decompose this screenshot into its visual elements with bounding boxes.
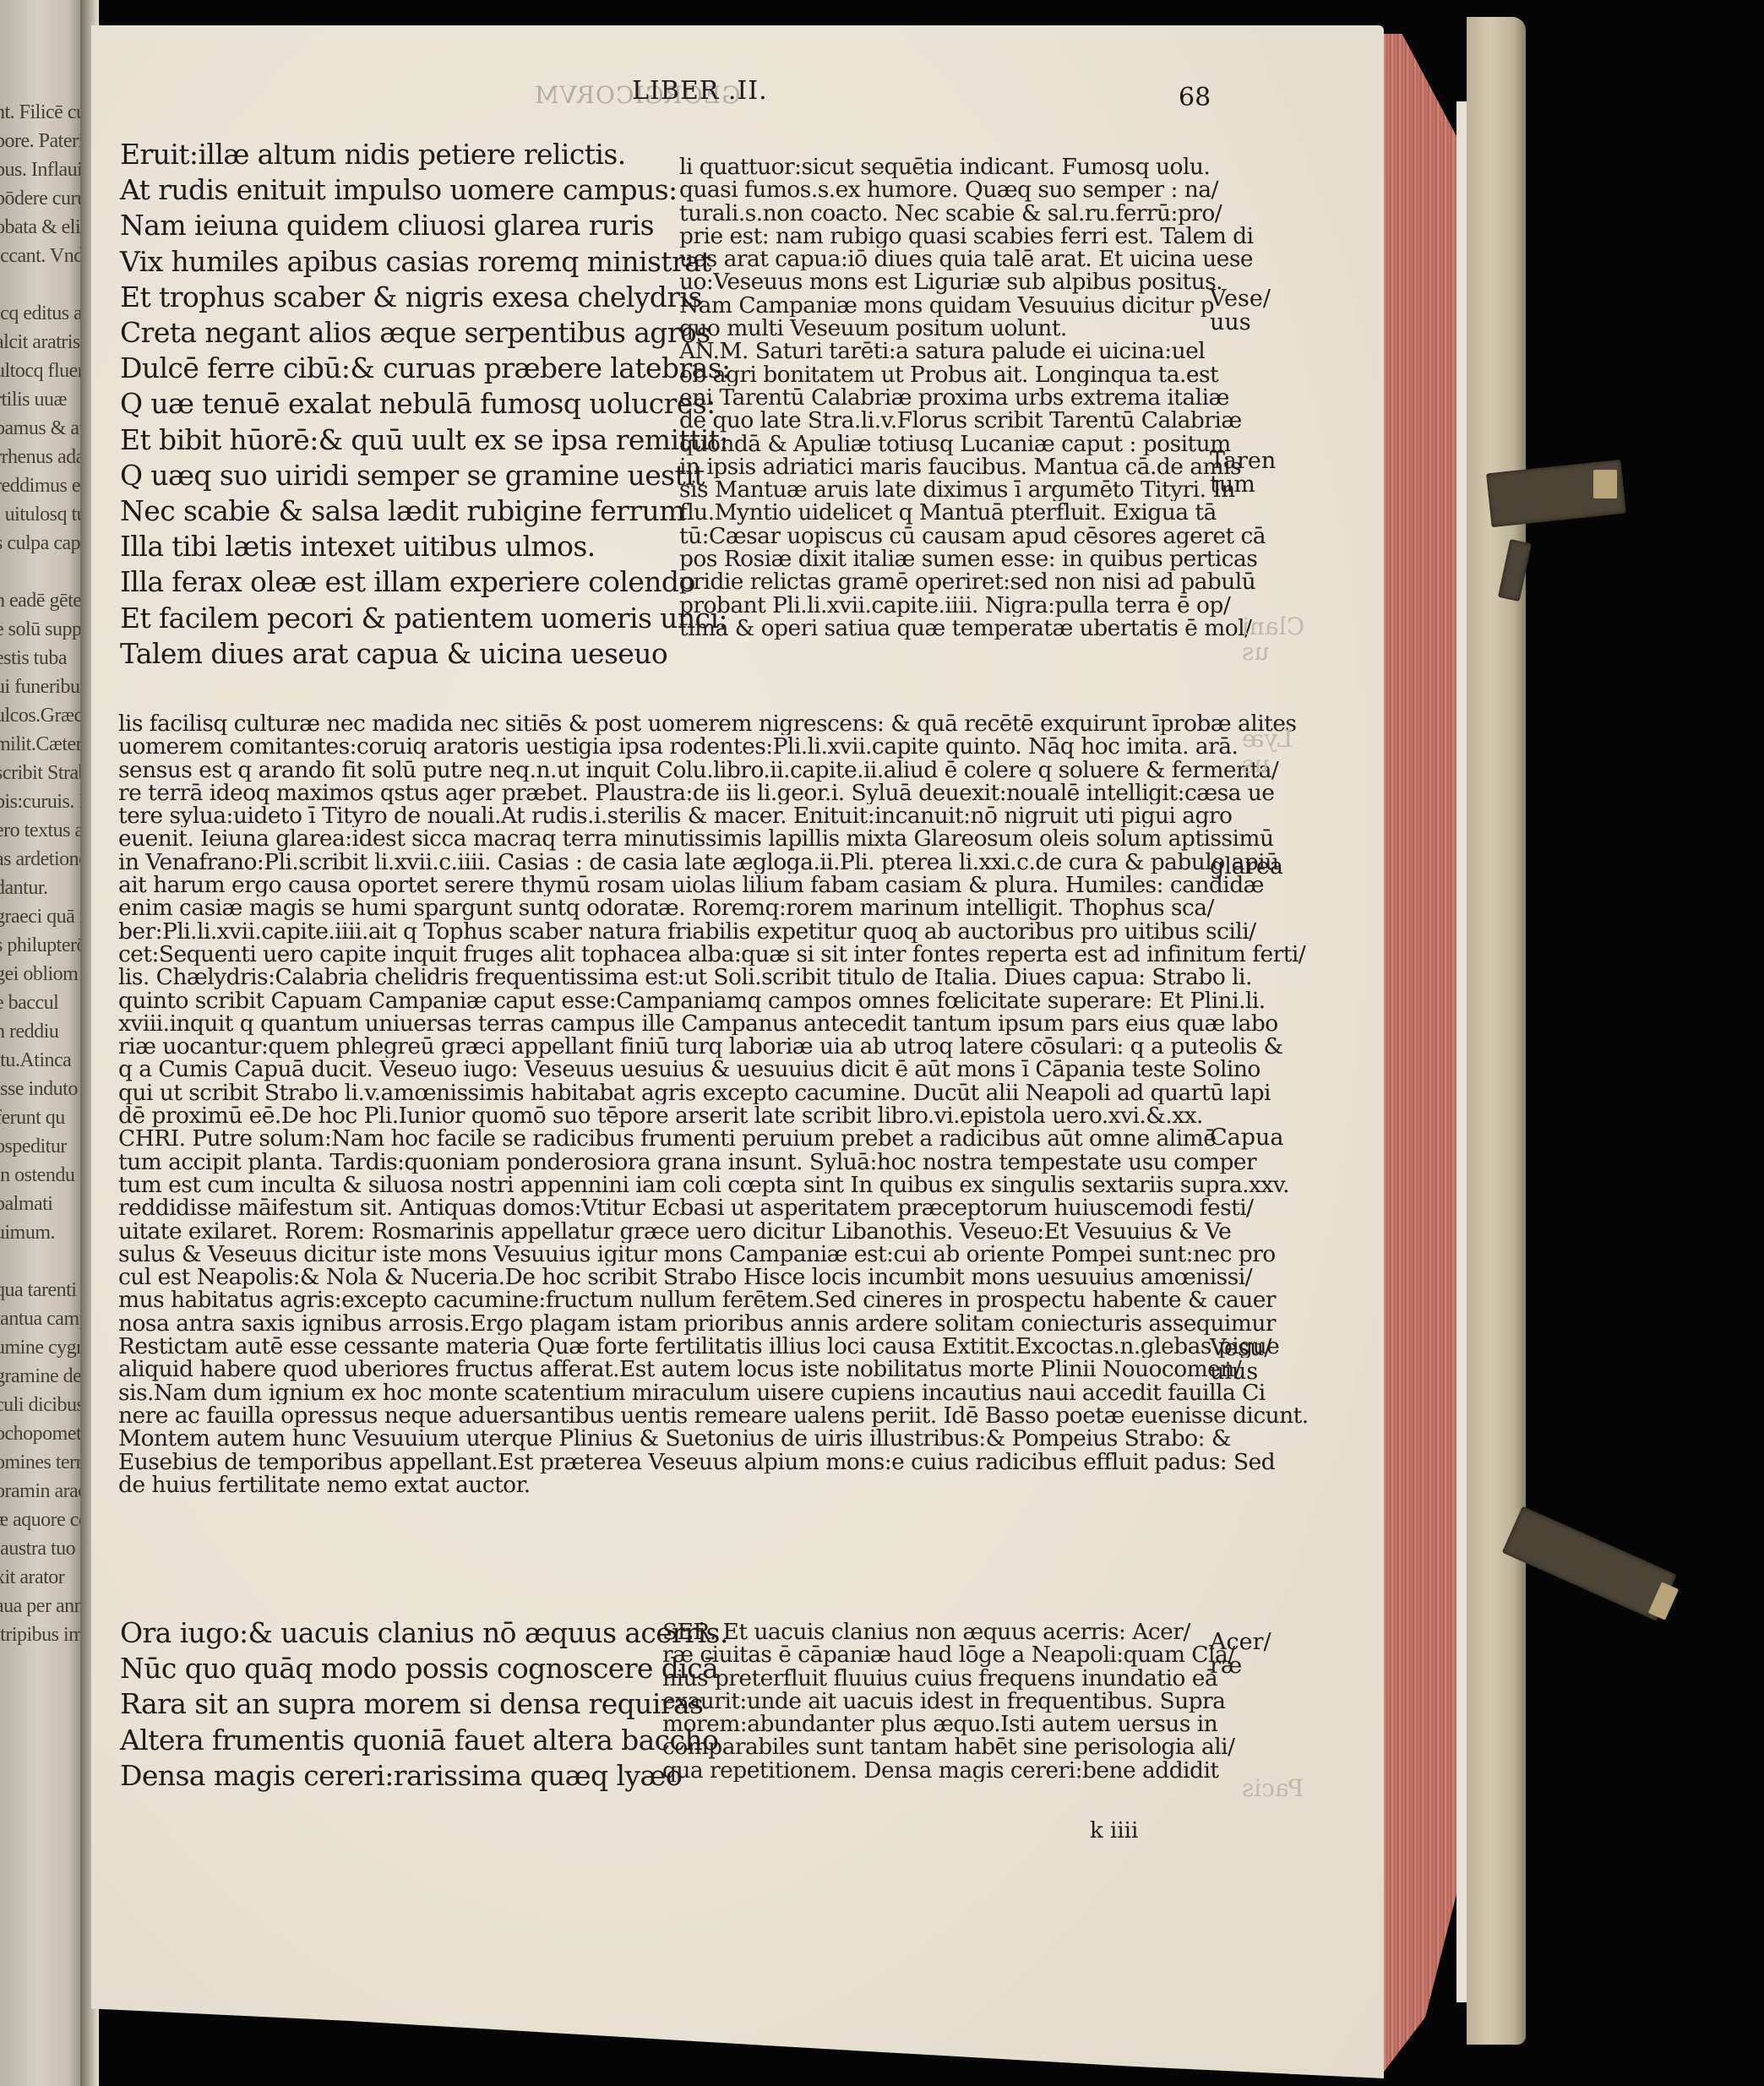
text-line: tū:Cæsar uopiscus cū causam apud cēsores… <box>679 525 1266 547</box>
verse-block-bottom: Ora iugo:& uacuis clanius nō æquus acerr… <box>120 1615 669 1794</box>
text-line: morem:abundanter plus æquo.Isti autem ue… <box>662 1713 1235 1735</box>
folio-number: 68 <box>1179 83 1211 112</box>
text-line: quo multi Veseuum positum uolunt. <box>679 317 1266 340</box>
text-line: uitate exilaret. Rorem: Rosmarinis appel… <box>118 1220 1309 1243</box>
text-line: tere sylua:uideto ī Tityro de nouali.At … <box>118 804 1309 827</box>
text-line: SER. Et uacuis clanius non æquus acerris… <box>662 1620 1235 1643</box>
clasp-upper-tip <box>1593 470 1617 498</box>
facing-page-line: s philupterō <box>0 934 84 957</box>
text-line: re terrā ideoq maximos qstus ager præbet… <box>118 782 1309 804</box>
text-line: ræ ciuitas ē cāpaniæ haud lōge a Neapoli… <box>662 1643 1235 1666</box>
facing-page-line: gramine desu <box>0 1365 84 1388</box>
text-line: Talem diues arat capua & uicina uesеuo <box>120 636 669 672</box>
marginal-note: Vesu/uius <box>1210 1337 1271 1384</box>
facing-page-line: nt. Filicē curuis in <box>0 101 84 124</box>
clasp-lower-strap <box>1502 1506 1677 1621</box>
marginal-note-line: Taren <box>1210 449 1276 473</box>
text-line: flu.Myntio uidelicet q Mantuā pterfluit.… <box>679 501 1266 524</box>
marginal-note-line: Vese/ <box>1210 287 1271 311</box>
facing-page-line: bus. Inflauit ebur <box>0 159 84 182</box>
text-line: sis Mantuæ aruis late diximus ī argumēto… <box>679 478 1266 501</box>
facing-page-line: æ aquore cere <box>0 1509 84 1532</box>
facing-page-line: laustra tuo cis <box>0 1538 84 1560</box>
text-line: quinto scribit Capuam Campaniæ caput ess… <box>118 989 1309 1012</box>
text-line: Et trophus scaber & nigris exesa chelydr… <box>120 280 669 315</box>
show-through-text: Clani <box>1242 613 1304 640</box>
text-line: Altera frumentis quoniā fauet altera bac… <box>120 1723 669 1758</box>
marginal-note-line: Capua <box>1210 1126 1284 1150</box>
text-line: Rara sit an supra morem si densa requira… <box>120 1686 669 1722</box>
text-line: ber:Pli.li.xvii.capite.iiii.ait q Tophus… <box>118 920 1309 943</box>
facing-page-line: ulcos.Græcu <box>0 705 84 727</box>
marginal-note-line: Acer/ <box>1210 1631 1271 1654</box>
text-line: comparabiles sunt tantam habēt sine peri… <box>662 1735 1235 1758</box>
marginal-note: glarea <box>1210 855 1283 879</box>
facing-page-line: itu.Atinca <box>0 1049 71 1072</box>
text-line: nosa antra saxis ignibus arrosis.Ergo pl… <box>118 1312 1309 1335</box>
facing-page-line: culi dicibus <box>0 1394 84 1417</box>
facing-page-line: in ostendu <box>0 1164 74 1187</box>
facing-page-line: umine cygnos <box>0 1337 84 1359</box>
facing-page-line: s culpa cape <box>0 532 84 555</box>
facing-page-line: itripibus imi <box>0 1624 84 1647</box>
marginal-note-line: glarea <box>1210 855 1283 879</box>
text-line: quasi fumos.s.ex humore. Quæq suo semper… <box>679 178 1266 201</box>
show-through-text: Lyæ <box>1242 725 1293 753</box>
text-line: qua repetitionem. Densa magis cereri:ben… <box>662 1759 1235 1782</box>
facing-page-line: ero textus antiq <box>0 820 84 842</box>
facing-page-line: ospeditur <box>0 1136 67 1158</box>
verse-block-top: Eruit:illæ altum nidis petiere relictis.… <box>120 137 669 672</box>
facing-page-line: gei obliom <box>0 963 78 986</box>
text-line: tima & operi satiua quæ temperatæ uberta… <box>679 617 1266 640</box>
text-line: turali.s.non coacto. Nec scabie & sal.ru… <box>679 202 1266 225</box>
facing-page-line: xit arator <box>0 1566 64 1589</box>
text-line: uomerem comitantes:coruiq aratoris uesti… <box>118 735 1309 758</box>
text-line: ait harum ergo causa oportet serere thym… <box>118 874 1309 896</box>
text-line: Illa tibi lætis intexet uitibus ulmos. <box>120 529 669 564</box>
left-facing-page: nt. Filicē curuis inpore. Pateris aurebu… <box>0 0 84 2086</box>
text-line: probant Pli.li.xvii.capite.iiii. Nigra:p… <box>679 594 1266 617</box>
text-line: cul est Neapolis:& Nola & Nuceria.De hoc… <box>118 1266 1309 1288</box>
show-through-text: Pacis <box>1242 1774 1304 1802</box>
text-line: CHRI. Putre solum:Nam hoc facile se radi… <box>118 1127 1309 1150</box>
text-line: Et facilem pecori & patientem uomeris un… <box>120 601 669 636</box>
facing-page-line: graeci quā m <box>0 906 84 929</box>
facing-page-line: icq editus aust <box>0 302 84 325</box>
text-line: cet:Sequenti uero capite inquit fruges a… <box>118 943 1309 966</box>
text-line: li quattuor:sicut sequētia indicant. Fum… <box>679 155 1266 178</box>
text-line: Illa ferax oleæ est illam experiere cole… <box>120 564 669 600</box>
facing-page-line: ultocq fluentes <box>0 360 84 383</box>
facing-page-line: scribit Strabo <box>0 762 84 785</box>
text-line: ob agri bonitatem ut Probus ait. Longinq… <box>679 363 1266 386</box>
signature-mark: k iiii <box>1090 1818 1138 1844</box>
facing-page-line: e baccul <box>0 992 58 1015</box>
marginal-note: Acer/ræ <box>1210 1631 1271 1678</box>
text-line: quondā & Apuliæ totiusq Lucaniæ caput : … <box>679 433 1266 455</box>
running-head: LIBER .II. <box>632 76 768 106</box>
marginal-note-line: Vesu/ <box>1210 1337 1271 1360</box>
text-line: Q uæq suo uiridi semper se gramine uesti… <box>120 458 669 493</box>
text-line: xviii.inquit q quantum uniuersas terras … <box>118 1012 1309 1035</box>
facing-page-line: qua tarenti <box>0 1279 76 1302</box>
facing-page-line: isse induto <box>0 1078 78 1101</box>
text-line: reddidisse māifestum sit. Antiquas domos… <box>118 1196 1309 1219</box>
text-line: Et bibit hūorē:& quū uult ex se ipsa rem… <box>120 422 669 458</box>
facing-page-line: pōdere curuatis. F <box>0 188 84 210</box>
marginal-note-line: ræ <box>1210 1654 1271 1678</box>
text-line: nere ac fauilla opressus neque aduersant… <box>118 1404 1309 1427</box>
facing-page-line: pore. Pateris aure <box>0 130 84 153</box>
facing-page-line: rtilis uuæ <box>0 389 67 411</box>
facing-page-line: n reddiu <box>0 1021 58 1043</box>
text-line: mus habitatus agris:excepto cacumine:fru… <box>118 1288 1309 1311</box>
text-line: Creta negant alios æque serpentibus agro… <box>120 315 669 351</box>
marginal-note: Vese/uus <box>1210 287 1271 335</box>
facing-page-line: alcit aratris <box>0 331 80 354</box>
facing-page-line: oramin arados <box>0 1480 84 1503</box>
red-fore-edge <box>1379 34 1456 2078</box>
facing-page-line: ui funeribus <box>0 676 84 699</box>
facing-page-line: aua per annos <box>0 1595 84 1618</box>
show-through-text: us <box>1242 750 1269 778</box>
facing-page-line: : uitulosq tu <box>0 504 84 526</box>
facing-page-line: tantua campu <box>0 1308 84 1331</box>
text-line: in Venafrano:Pli.scribit li.xvii.c.iiii.… <box>118 851 1309 874</box>
text-line: AN.M. Saturi tarēti:a satura palude ei u… <box>679 340 1266 362</box>
text-line: sensus est q arando fit solū putre neq.n… <box>118 759 1309 782</box>
facing-page-line: omines terra <box>0 1451 84 1474</box>
text-line: riæ uocantur:quem phlegreū græci appella… <box>118 1035 1309 1058</box>
text-line: pridie relictas gramē operiret:sed non n… <box>679 570 1266 593</box>
text-line: sis.Nam dum ignium ex hoc monte scatenti… <box>118 1381 1309 1404</box>
facing-page-line: uimum. <box>0 1222 55 1245</box>
vellum-binding <box>1467 17 1526 2045</box>
text-line: sulus & Veseuus dicitur iste mons Vesuui… <box>118 1243 1309 1266</box>
text-line: lis facilisq culturæ nec madida nec siti… <box>118 712 1309 735</box>
marginal-note-line: uus <box>1210 311 1271 335</box>
facing-page-line: bis:curuis. M <box>0 791 84 814</box>
text-line: Nūc quo quāq modo possis cognoscere dicā <box>120 1651 669 1686</box>
facing-page-line: dantur. <box>0 877 48 900</box>
text-line: qui ut scribit Strabo li.v.amœnissimis h… <box>118 1081 1309 1104</box>
commentary-right-bottom: SER. Et uacuis clanius non æquus acerris… <box>662 1620 1235 1782</box>
show-through-text: us <box>1242 638 1269 666</box>
facing-page-line: palmati <box>0 1193 52 1216</box>
facing-page-line: as ardetione <box>0 848 84 871</box>
text-line: in ipsis adriatici maris faucibus. Mantu… <box>679 455 1266 478</box>
text-line: Densa magis cereri:rarissima quæq lyæo <box>120 1758 669 1794</box>
commentary-full-width: lis facilisq culturæ nec madida nec siti… <box>118 712 1309 1496</box>
text-line: de huius fertilitate nemo extat auctor. <box>118 1473 1309 1496</box>
text-line: Restictam autē esse cessante materia Quæ… <box>118 1335 1309 1358</box>
text-line: Q uæ tenuē exalat nebulā fumosq uolucres… <box>120 386 669 422</box>
text-line: de quo late Stra.li.v.Florus scribit Tar… <box>679 409 1266 432</box>
text-line: ues arat capua:iō diues quia talē arat. … <box>679 248 1266 270</box>
text-line: tum est cum inculta & siluosa nostri app… <box>118 1174 1309 1196</box>
facing-page-line: bamus & aur <box>0 417 84 440</box>
facing-page-line: reddimus ex <box>0 475 84 498</box>
text-line: lis. Chælydris:Calabria chelidris freque… <box>118 966 1309 989</box>
text-line: Nam Campaniæ mons quidam Vesuuius dicitu… <box>679 294 1266 317</box>
facing-page-line: iccant. Vnde eli <box>0 245 84 268</box>
text-line: uo:Veseuus mons est Liguriæ sub alpibus … <box>679 270 1266 293</box>
facing-page-line: e solū supplē <box>0 618 84 641</box>
facing-page-line: rrhenus adar <box>0 446 84 469</box>
facing-page-line: n eadē gēte <box>0 590 81 613</box>
text-line: euenit. Ieiuna glarea:idest sicca macraq… <box>118 827 1309 850</box>
facing-page-line: obata & elixa aræ <box>0 216 84 239</box>
text-line: exaurit:unde ait uacuis idest in frequen… <box>662 1690 1235 1713</box>
text-line: nius preterfluit fluuius cuius frequens … <box>662 1667 1235 1690</box>
text-line: prie est: nam rubigo quasi scabies ferri… <box>679 225 1266 248</box>
text-line: tum accipit planta. Tardis:quoniam ponde… <box>118 1151 1309 1174</box>
text-line: Nec scabie & salsa lædit rubigine ferrum <box>120 493 669 529</box>
text-line: Dulcē ferre cibū:& curuas præbere latebr… <box>120 351 669 386</box>
marginal-note: Tarentum <box>1210 449 1276 497</box>
text-line: Ora iugo:& uacuis clanius nō æquus acerr… <box>120 1615 669 1651</box>
marginal-note: Capua <box>1210 1126 1284 1150</box>
marginal-note-line: uius <box>1210 1360 1271 1384</box>
text-line: Vix humiles apibus casias roremq ministr… <box>120 244 669 280</box>
text-line: Eruit:illæ altum nidis petiere relictis. <box>120 137 669 172</box>
text-line: aliquid habere quod uberiores fructus af… <box>118 1358 1309 1381</box>
facing-page-line: ferunt qu <box>0 1107 65 1130</box>
facing-page-line: ochopomet <box>0 1423 81 1446</box>
marginal-note-line: tum <box>1210 473 1276 497</box>
text-line: Montem autem hunc Vesuuium uterque Plini… <box>118 1427 1309 1450</box>
text-line: Nam ieiuna quidem cliuosi glarea ruris <box>120 208 669 243</box>
text-line: pos Rosiæ dixit italiæ sumen esse: in qu… <box>679 547 1266 570</box>
text-line: At rudis enituit impulso uomere campus: <box>120 172 669 208</box>
text-line: eni Tarentū Calabriæ proxima urbs extrem… <box>679 386 1266 409</box>
text-line: dē proximū eē.De hoc Pli.Iunior quomō su… <box>118 1104 1309 1127</box>
commentary-right-top: li quattuor:sicut sequētia indicant. Fum… <box>679 155 1266 640</box>
text-line: Eusebius de temporibus appellant.Est præ… <box>118 1451 1309 1473</box>
text-line: q a Cumis Capuā ducit. Veseuo iugo: Vese… <box>118 1058 1309 1081</box>
text-line: enim casiæ magis se humi spargunt suntq … <box>118 896 1309 919</box>
facing-page-line: milit.Cæteri <box>0 733 84 756</box>
facing-page-line: estis tuba <box>0 647 67 670</box>
